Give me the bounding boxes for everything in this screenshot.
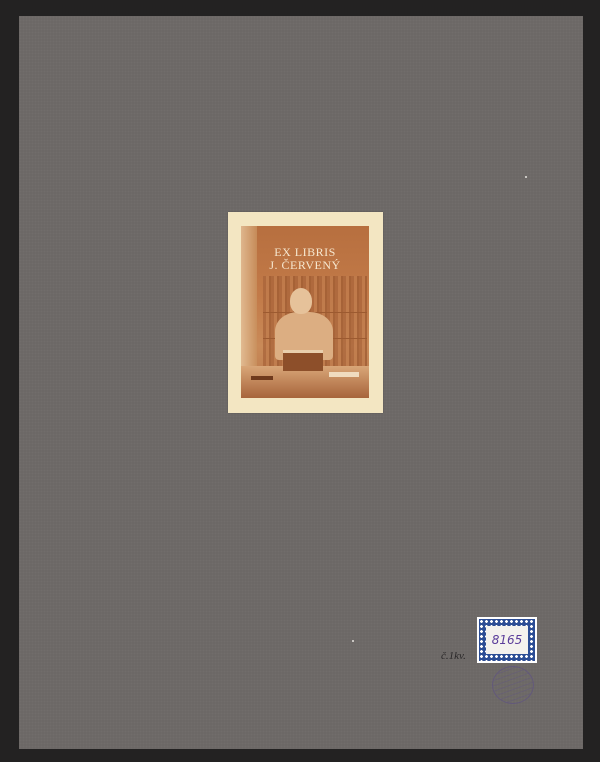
desk-book: [329, 372, 359, 377]
speck: [352, 640, 354, 642]
inventory-label: 8165: [477, 617, 537, 663]
label-border: 8165: [479, 619, 535, 661]
figure-head: [290, 288, 312, 314]
desk-item: [251, 376, 273, 380]
bookplate-image: EX LIBRIS J. ČERVENÝ: [241, 226, 369, 398]
handwritten-mark: č.1kv.: [441, 650, 466, 662]
ink-seal-icon: [492, 666, 534, 704]
bookplate: EX LIBRIS J. ČERVENÝ: [228, 212, 383, 413]
inventory-number: 8165: [486, 626, 528, 654]
speck: [525, 176, 527, 178]
typewriter: [283, 350, 323, 371]
owner-name: J. ČERVENÝ: [241, 259, 369, 272]
